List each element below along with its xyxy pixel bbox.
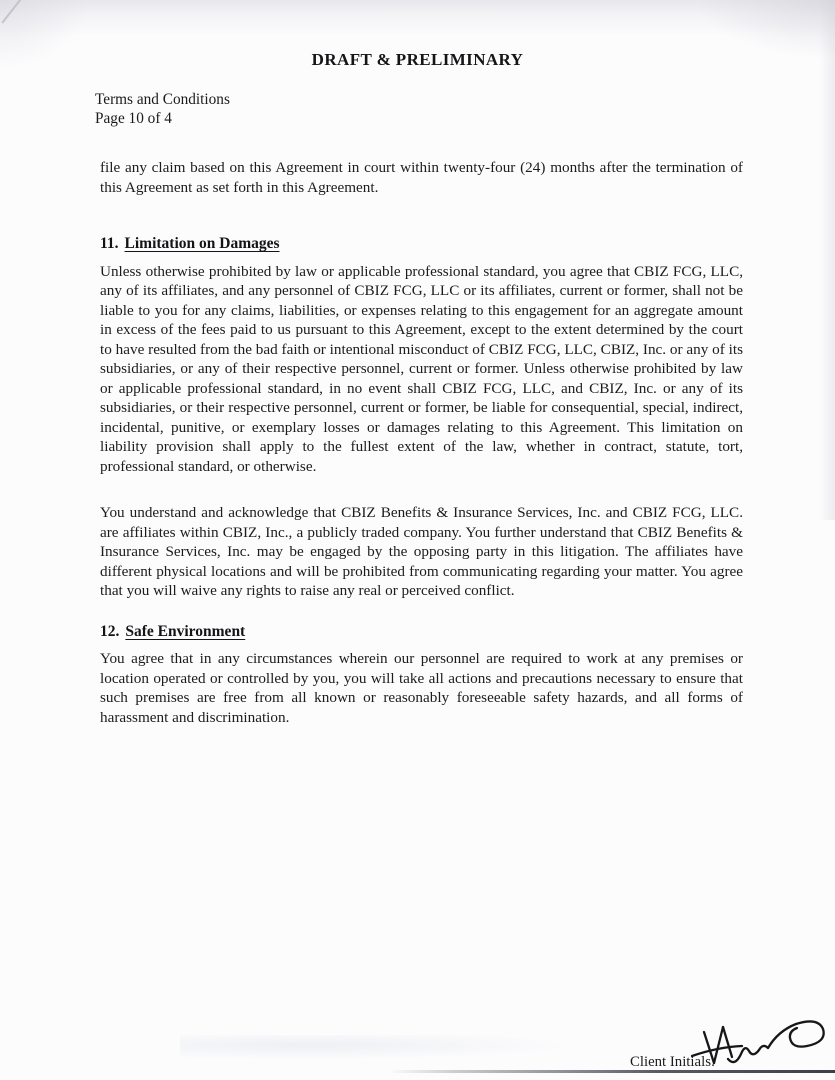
intro-paragraph: file any claim based on this Agreement i… bbox=[100, 158, 743, 197]
section-title: Safe Environment bbox=[125, 623, 245, 640]
section-12-paragraph-1: You agree that in any circumstances wher… bbox=[100, 649, 743, 727]
section-number: 12. bbox=[100, 623, 119, 640]
handwritten-initials-icon bbox=[690, 1016, 835, 1076]
scan-smudge bbox=[180, 1035, 600, 1061]
scan-shadow-right-edge bbox=[819, 0, 835, 520]
section-title: Limitation on Damages bbox=[125, 235, 280, 252]
scan-shadow-top bbox=[0, 0, 835, 36]
scanned-document-page: DRAFT & PRELIMINARY Terms and Conditions… bbox=[0, 0, 835, 1080]
section-11-paragraph-1: Unless otherwise prohibited by law or ap… bbox=[100, 262, 743, 477]
document-body: file any claim based on this Agreement i… bbox=[100, 158, 743, 727]
page-number-label: Page 10 of 4 bbox=[95, 110, 230, 129]
section-heading-limitation-on-damages: 11.Limitation on Damages bbox=[100, 234, 743, 254]
section-number: 11. bbox=[100, 235, 119, 252]
document-meta: Terms and Conditions Page 10 of 4 bbox=[95, 91, 230, 128]
client-initials-signature bbox=[690, 1016, 835, 1076]
document-type-label: Terms and Conditions bbox=[95, 91, 230, 110]
draft-watermark-title: DRAFT & PRELIMINARY bbox=[0, 50, 835, 70]
section-11-paragraph-2: You understand and acknowledge that CBIZ… bbox=[100, 503, 743, 601]
section-heading-safe-environment: 12.Safe Environment bbox=[100, 622, 743, 642]
